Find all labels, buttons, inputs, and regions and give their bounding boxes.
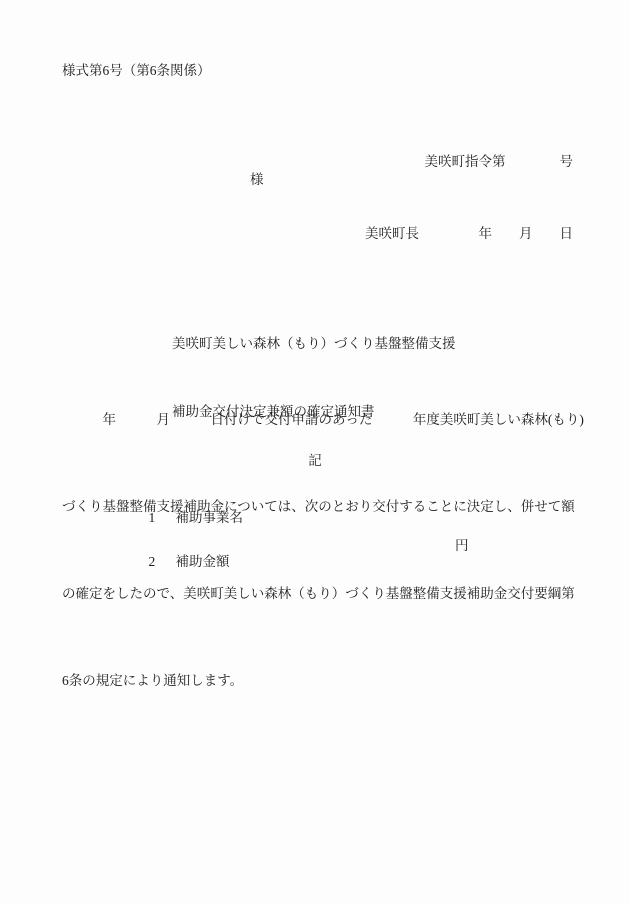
addressee-honorific: 様	[250, 168, 264, 188]
body-line-1: 年 月 日付けで交付申請のあった 年度美咲町美しい森林(もり)	[62, 405, 574, 434]
currency-unit-label: 円	[455, 534, 469, 554]
list-item-number: 2	[149, 554, 176, 570]
document-page: 様式第6号（第6条関係） 美咲町指令第 号 年 月 日 様 美咲町長 美咲町美し…	[0, 0, 630, 903]
list-item-subsidy-amount: 2補助金額 円	[135, 534, 575, 602]
directive-header: 美咲町指令第 号 年 月 日	[425, 102, 574, 294]
date-line: 年 月 日	[425, 222, 574, 246]
directive-number-line: 美咲町指令第 号	[425, 150, 574, 174]
ki-section-marker: 記	[62, 449, 568, 469]
form-number-label: 様式第6号（第6条関係）	[62, 59, 211, 79]
list-item-number: 1	[149, 510, 176, 526]
list-item-label: 補助事業名	[176, 510, 244, 525]
body-line-4: 6条の規定により通知します。	[62, 666, 574, 695]
list-item-label: 補助金額	[176, 554, 230, 569]
sender-mayor: 美咲町長	[365, 222, 419, 242]
